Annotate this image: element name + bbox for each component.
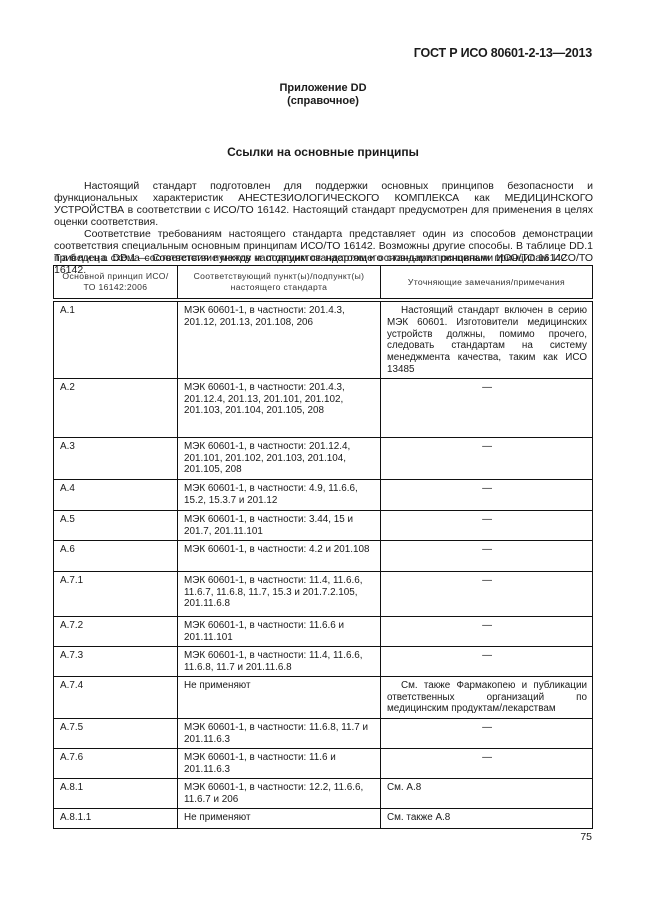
cell-notes: — [381, 748, 593, 778]
cell-principle: A.7.1 [54, 571, 178, 616]
cell-clauses: МЭК 60601-1, в частности: 201.12.4, 201.… [178, 437, 381, 479]
table-row: A.7.1 МЭК 60601-1, в частности: 11.4, 11… [54, 571, 593, 616]
cell-notes: — [381, 479, 593, 510]
cell-principle: A.4 [54, 479, 178, 510]
cell-principle: A.8.1.1 [54, 808, 178, 828]
cell-clauses: МЭК 60601-1, в частности: 4.2 и 201.108 [178, 540, 381, 571]
cell-principle: A.7.3 [54, 646, 178, 676]
cell-notes: См. также Фармакопею и публикации ответс… [381, 676, 593, 718]
cell-clauses: МЭК 60601-1, в частности: 11.6.8, 11.7 и… [178, 718, 381, 748]
correspondence-table: Основной принцип ИСО/ТО 16142:2006 Соотв… [53, 265, 593, 829]
annex-title: Приложение DD [0, 82, 646, 95]
cell-clauses: МЭК 60601-1, в частности: 11.4, 11.6.6, … [178, 646, 381, 676]
table-row: A.3 МЭК 60601-1, в частности: 201.12.4, … [54, 437, 593, 479]
cell-principle: A.7.5 [54, 718, 178, 748]
cell-notes: — [381, 437, 593, 479]
cell-principle: A.2 [54, 378, 178, 437]
cell-clauses: МЭК 60601-1, в частности: 12.2, 11.6.6, … [178, 778, 381, 808]
cell-notes: См. A.8 [381, 778, 593, 808]
cell-clauses: МЭК 60601-1, в частности: 11.6.6 и 201.1… [178, 616, 381, 646]
annex-subtitle: (справочное) [0, 95, 646, 108]
cell-clauses: МЭК 60601-1, в частности: 201.4.3, 201.1… [178, 300, 381, 378]
cell-principle: A.1 [54, 300, 178, 378]
document-code: ГОСТ Р ИСО 80601-2-13—2013 [414, 46, 592, 60]
table-caption-text: DD.1 — Соответствие между настоящим стан… [113, 253, 567, 264]
cell-notes: См. также A.8 [381, 808, 593, 828]
cell-notes: — [381, 646, 593, 676]
cell-clauses: МЭК 60601-1, в частности: 3.44, 15 и 201… [178, 510, 381, 540]
cell-clauses: МЭК 60601-1, в частности: 11.6 и 201.11.… [178, 748, 381, 778]
table-row: A.8.1.1 Не применяют См. также A.8 [54, 808, 593, 828]
cell-notes: — [381, 510, 593, 540]
cell-principle: A.8.1 [54, 778, 178, 808]
cell-notes: — [381, 378, 593, 437]
table-caption: Таблица DD.1 — Соответствие между настоя… [54, 253, 567, 264]
cell-clauses: Не применяют [178, 676, 381, 718]
cell-principle: A.6 [54, 540, 178, 571]
cell-principle: A.5 [54, 510, 178, 540]
cell-clauses: МЭК 60601-1, в частности: 11.4, 11.6.6, … [178, 571, 381, 616]
header-principle: Основной принцип ИСО/ТО 16142:2006 [54, 266, 178, 301]
cell-clauses: Не применяют [178, 808, 381, 828]
table-row: A.7.3 МЭК 60601-1, в частности: 11.4, 11… [54, 646, 593, 676]
header-clauses: Соответствующий пункт(ы)/подпункт(ы) нас… [178, 266, 381, 301]
table-row: A.7.5 МЭК 60601-1, в частности: 11.6.8, … [54, 718, 593, 748]
table-row: A.4 МЭК 60601-1, в частности: 4.9, 11.6.… [54, 479, 593, 510]
table-row: A.5 МЭК 60601-1, в частности: 3.44, 15 и… [54, 510, 593, 540]
table-caption-label: Таблица [54, 253, 110, 264]
cell-principle: A.7.6 [54, 748, 178, 778]
cell-notes: — [381, 718, 593, 748]
annex-heading: Приложение DD (справочное) [0, 82, 646, 108]
page-number: 75 [580, 831, 592, 843]
cell-notes: Настоящий стандарт включен в серию МЭК 6… [381, 300, 593, 378]
paragraph: Настоящий стандарт подготовлен для подде… [54, 180, 593, 228]
cell-clauses: МЭК 60601-1, в частности: 4.9, 11.6.6, 1… [178, 479, 381, 510]
cell-notes: — [381, 616, 593, 646]
cell-principle: A.7.4 [54, 676, 178, 718]
cell-clauses: МЭК 60601-1, в частности: 201.4.3, 201.1… [178, 378, 381, 437]
cell-notes: — [381, 540, 593, 571]
cell-principle: A.7.2 [54, 616, 178, 646]
table-row: A.7.2 МЭК 60601-1, в частности: 11.6.6 и… [54, 616, 593, 646]
header-notes: Уточняющие замечания/примечания [381, 266, 593, 301]
table-row: A.8.1 МЭК 60601-1, в частности: 12.2, 11… [54, 778, 593, 808]
table-row: A.7.4 Не применяют См. также Фармакопею … [54, 676, 593, 718]
section-title: Ссылки на основные принципы [0, 145, 646, 159]
table-row: A.2 МЭК 60601-1, в частности: 201.4.3, 2… [54, 378, 593, 437]
table-row: A.7.6 МЭК 60601-1, в частности: 11.6 и 2… [54, 748, 593, 778]
table-header-row: Основной принцип ИСО/ТО 16142:2006 Соотв… [54, 266, 593, 301]
table-row: A.6 МЭК 60601-1, в частности: 4.2 и 201.… [54, 540, 593, 571]
table-row: A.1 МЭК 60601-1, в частности: 201.4.3, 2… [54, 300, 593, 378]
cell-notes: — [381, 571, 593, 616]
cell-principle: A.3 [54, 437, 178, 479]
